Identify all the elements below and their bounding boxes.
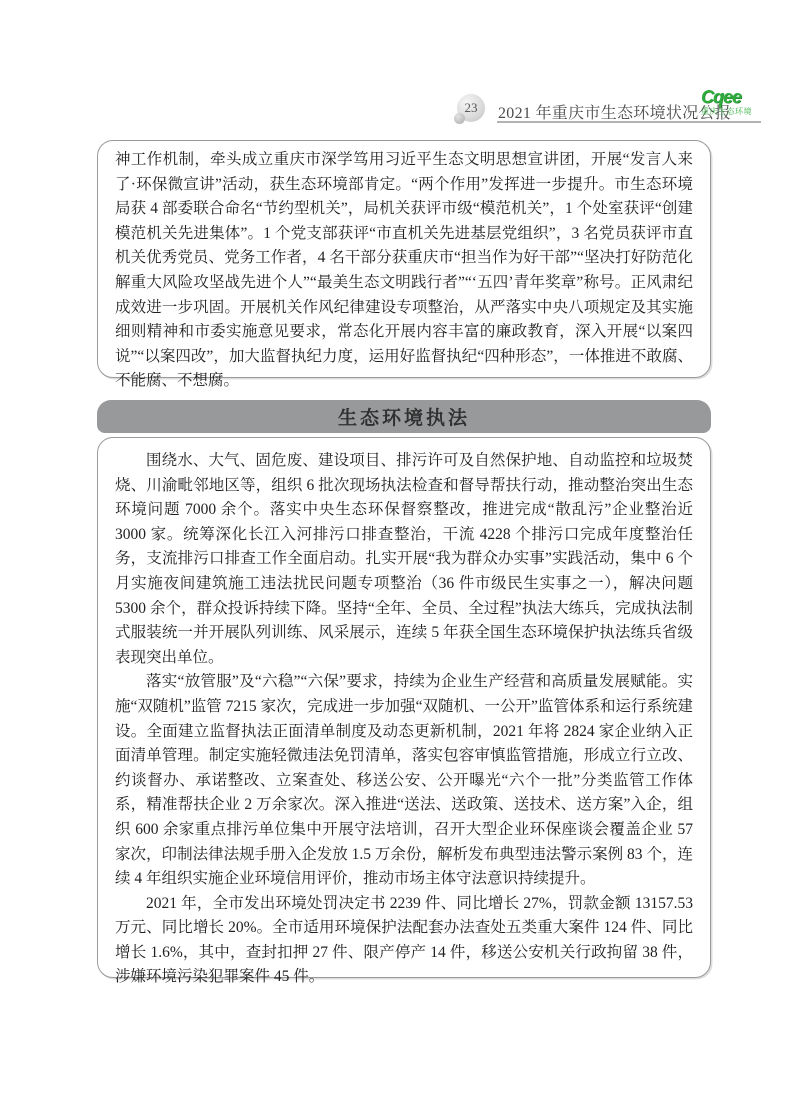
intro-text-box: 神工作机制，牵头成立重庆市深学笃用习近平生态文明思想宣讲团，开展“发言人来了·环… bbox=[97, 140, 711, 378]
logo-text: Cqee bbox=[701, 88, 763, 106]
header-divider bbox=[497, 121, 761, 123]
section-paragraph: 围绕水、大气、固危废、建设项目、排污许可及自然保护地、自动监控和垃圾焚烧、川渝毗… bbox=[115, 449, 693, 670]
cqee-logo-icon: Cqee 重庆生态环境 bbox=[701, 88, 763, 116]
section-paragraph: 落实“放管服”及“六稳”“六保”要求，持续为企业生产经营和高质量发展赋能。实施“… bbox=[115, 670, 693, 891]
section-paragraph: 2021 年，全市发出环境处罚决定书 2239 件、同比增长 27%，罚款金额 … bbox=[115, 892, 693, 990]
page-title: 2021 年重庆市生态环境状况公报 bbox=[498, 100, 731, 123]
logo-subtext: 重庆生态环境 bbox=[701, 107, 763, 116]
page-number: 23 bbox=[465, 100, 478, 116]
section-banner: 生态环境执法 bbox=[97, 400, 711, 433]
page-number-badge: 23 bbox=[457, 94, 485, 122]
document-page: 23 2021 年重庆市生态环境状况公报 Cqee 重庆生态环境 神工作机制，牵… bbox=[0, 0, 806, 1100]
section-text-box: 围绕水、大气、固危废、建设项目、排污许可及自然保护地、自动监控和垃圾焚烧、川渝毗… bbox=[97, 437, 711, 978]
intro-paragraph: 神工作机制，牵头成立重庆市深学笃用习近平生态文明思想宣讲团，开展“发言人来了·环… bbox=[115, 148, 693, 394]
section-title: 生态环境执法 bbox=[338, 403, 470, 430]
